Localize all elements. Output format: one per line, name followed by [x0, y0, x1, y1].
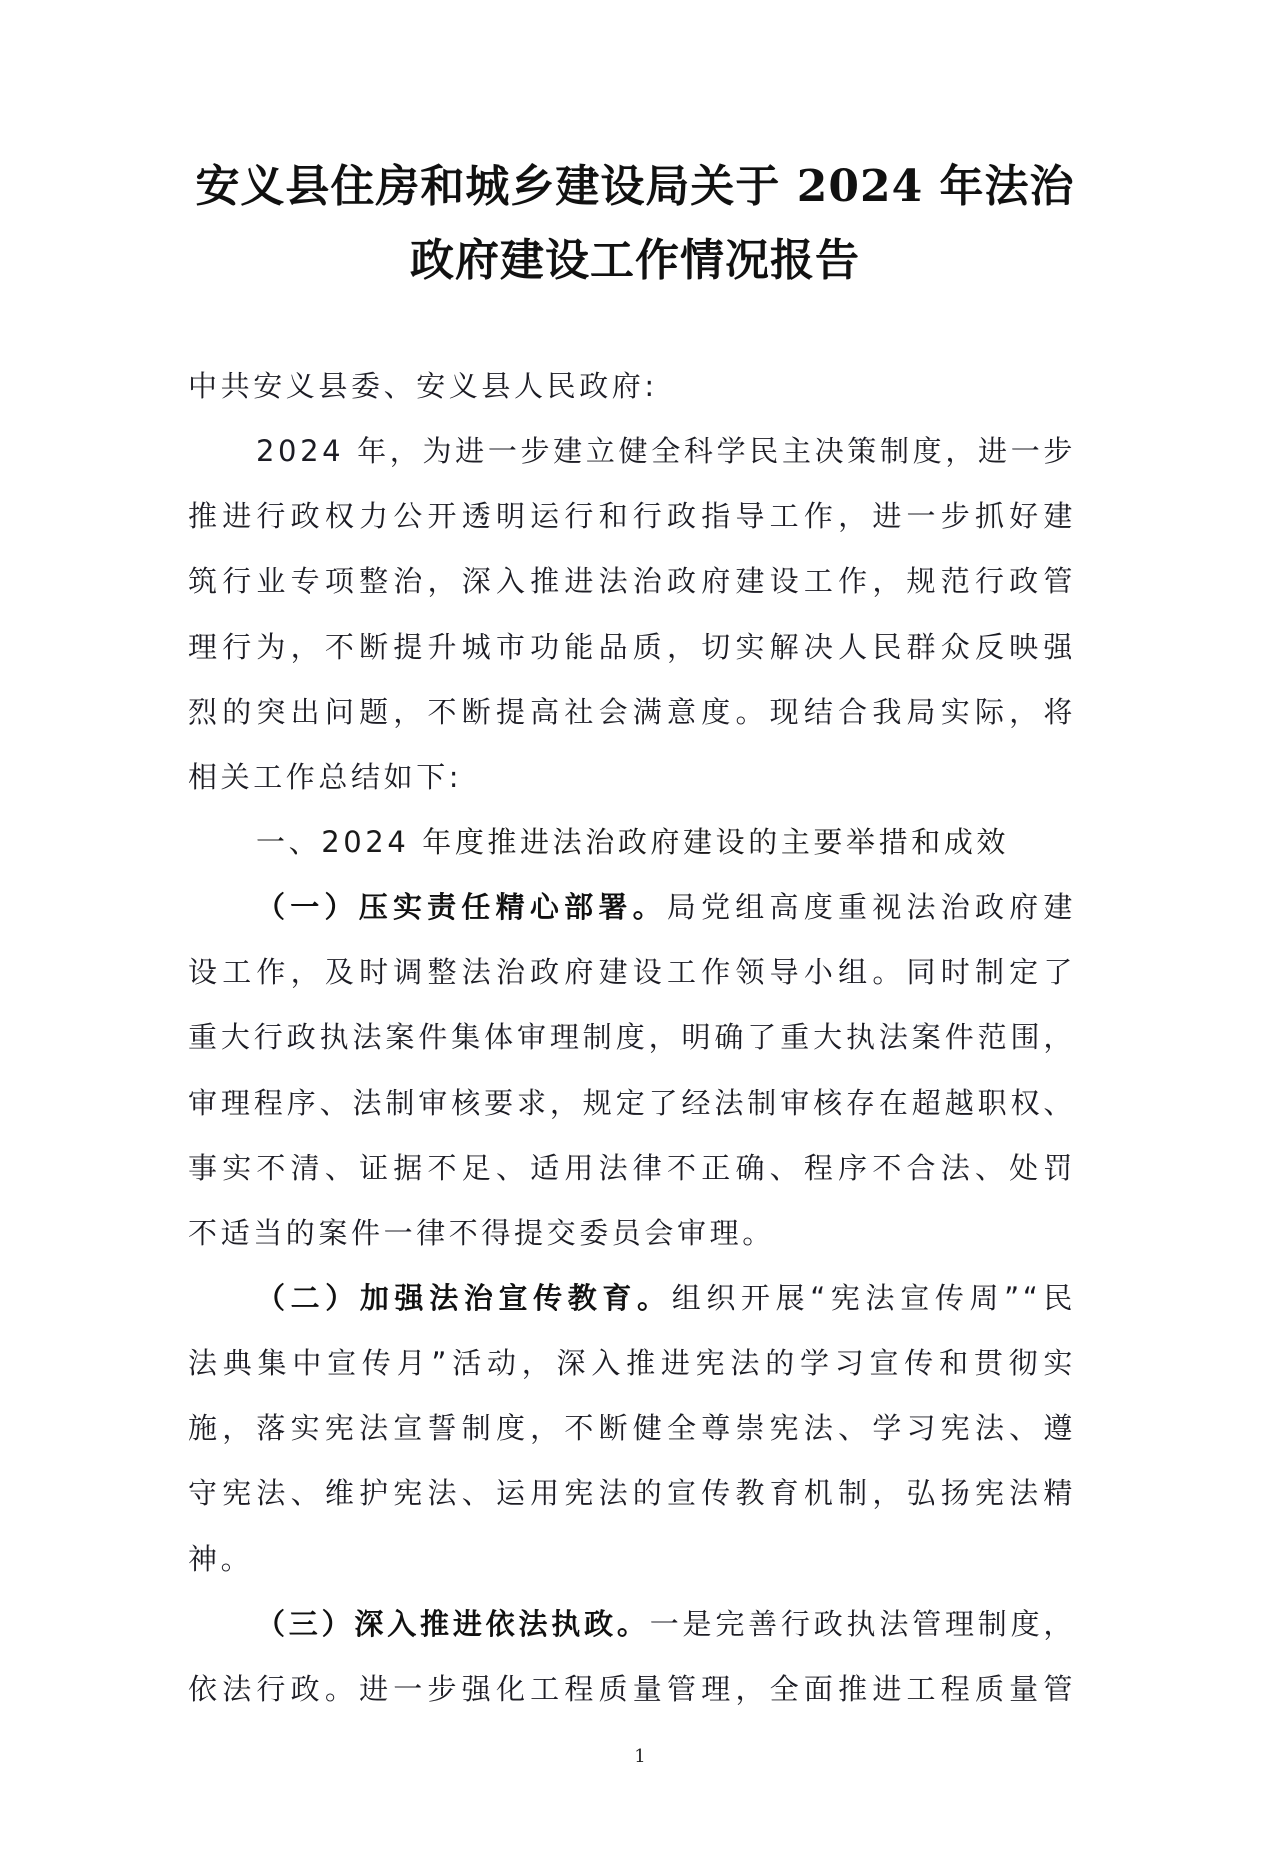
paragraph-line: 事实不清、证据不足、适用法律不正确、程序不合法、处罚 — [188, 1136, 1076, 1201]
subsection-2: （二）加强法治宣传教育。组织开展“宪法宣传周”“民 法典集中宣传月”活动，深入推… — [188, 1266, 1076, 1592]
subsection-text: 一是完善行政执法管理制度， — [650, 1607, 1076, 1641]
paragraph-line: 不适当的案件一律不得提交委员会审理。 — [188, 1201, 1076, 1266]
paragraph-line: 设工作，及时调整法治政府建设工作领导小组。同时制定了 — [188, 940, 1076, 1005]
subsection-first-line: （三）深入推进依法执政。一是完善行政执法管理制度， — [188, 1592, 1076, 1657]
paragraph-line: 守宪法、维护宪法、运用宪法的宣传教育机制，弘扬宪法精 — [188, 1461, 1076, 1526]
subsection-label: （一）压实责任精心部署。 — [256, 890, 667, 924]
section-heading: 一、2024 年度推进法治政府建设的主要举措和成效 — [188, 810, 1076, 875]
subsection-text: 局党组高度重视法治政府建 — [667, 890, 1076, 924]
document-title: 安义县住房和城乡建设局关于 2024 年法治 政府建设工作情况报告 — [150, 150, 1120, 298]
paragraph-line: 理行为，不断提升城市功能品质，切实解决人民群众反映强 — [188, 615, 1076, 680]
document-body: 中共安义县委、安义县人民政府: 2024 年，为进一步建立健全科学民主决策制度，… — [188, 354, 1076, 1722]
subsection-label: （二）加强法治宣传教育。 — [256, 1281, 672, 1315]
paragraph-line: 施，落实宪法宣誓制度，不断健全尊崇宪法、学习宪法、遵 — [188, 1396, 1076, 1461]
paragraph-line: 推进行政权力公开透明运行和行政指导工作，进一步抓好建 — [188, 484, 1076, 549]
subsection-text: 组织开展“宪法宣传周”“民 — [672, 1281, 1076, 1315]
subsection-first-line: （二）加强法治宣传教育。组织开展“宪法宣传周”“民 — [188, 1266, 1076, 1331]
intro-paragraph: 2024 年，为进一步建立健全科学民主决策制度，进一步 推进行政权力公开透明运行… — [188, 419, 1076, 810]
document-page: 安义县住房和城乡建设局关于 2024 年法治 政府建设工作情况报告 中共安义县委… — [0, 0, 1280, 1869]
subsection-first-line: （一）压实责任精心部署。局党组高度重视法治政府建 — [188, 875, 1076, 940]
paragraph-line: 审理程序、法制审核要求，规定了经法制审核存在超越职权、 — [188, 1071, 1076, 1136]
paragraph-line: 法典集中宣传月”活动，深入推进宪法的学习宣传和贯彻实 — [188, 1331, 1076, 1396]
paragraph-line: 依法行政。进一步强化工程质量管理，全面推进工程质量管 — [188, 1657, 1076, 1722]
title-line-2: 政府建设工作情况报告 — [150, 224, 1120, 298]
subsection-1: （一）压实责任精心部署。局党组高度重视法治政府建 设工作，及时调整法治政府建设工… — [188, 875, 1076, 1266]
subsection-label: （三）深入推进依法执政。 — [256, 1607, 650, 1641]
salutation: 中共安义县委、安义县人民政府: — [188, 354, 1076, 419]
paragraph-line: 烈的突出问题，不断提高社会满意度。现结合我局实际，将 — [188, 680, 1076, 745]
paragraph-line: 相关工作总结如下: — [188, 745, 1076, 810]
paragraph-line: 筑行业专项整治，深入推进法治政府建设工作，规范行政管 — [188, 549, 1076, 614]
subsection-3: （三）深入推进依法执政。一是完善行政执法管理制度， 依法行政。进一步强化工程质量… — [188, 1592, 1076, 1722]
title-line-1: 安义县住房和城乡建设局关于 2024 年法治 — [150, 150, 1120, 224]
paragraph-line: 重大行政执法案件集体审理制度，明确了重大执法案件范围， — [188, 1005, 1076, 1070]
paragraph-line: 神。 — [188, 1527, 1076, 1592]
page-number: 1 — [620, 1746, 660, 1767]
paragraph-line: 2024 年，为进一步建立健全科学民主决策制度，进一步 — [188, 419, 1076, 484]
